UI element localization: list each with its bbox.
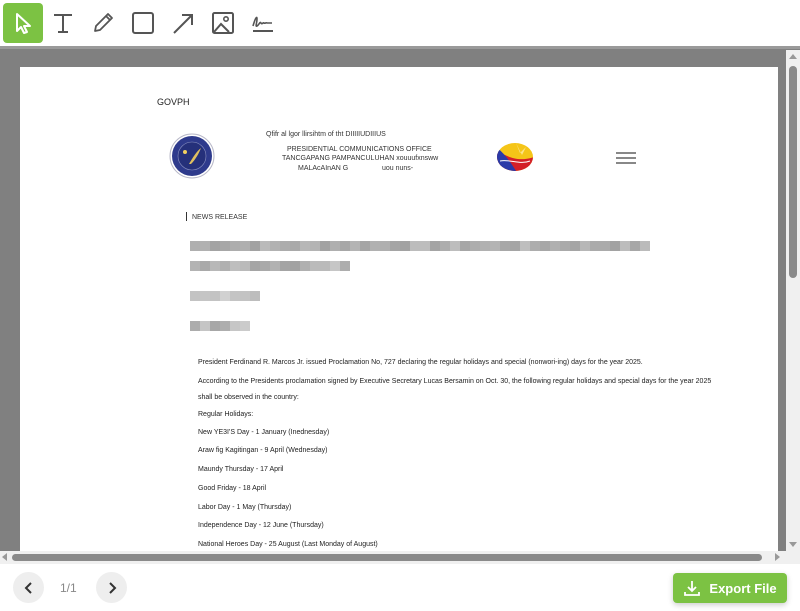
holiday-item: Labor Day - 1 May (Thursday): [198, 504, 291, 511]
redacted-line: [190, 321, 250, 331]
export-file-label: Export File: [709, 581, 776, 596]
horizontal-scroll-thumb[interactable]: [12, 554, 762, 561]
scroll-up-icon[interactable]: [789, 54, 797, 59]
section-marker: [186, 212, 187, 221]
vertical-scroll-thumb[interactable]: [789, 66, 797, 278]
text-icon: [49, 9, 77, 37]
cursor-arrow-icon: [9, 9, 37, 37]
select-tool-button[interactable]: [3, 3, 43, 43]
paragraph: According to the Presidents proclamation…: [198, 378, 711, 385]
holiday-item: Maundy Thursday - 17 April: [198, 466, 283, 473]
rectangle-tool-button[interactable]: [123, 3, 163, 43]
export-file-button[interactable]: Export File: [673, 573, 787, 603]
chevron-right-icon: [106, 582, 118, 594]
signature-icon: [249, 9, 277, 37]
holiday-item: Good Friday - 18 April: [198, 485, 266, 492]
section-label: NEWS RELEASE: [192, 214, 247, 221]
site-label: GOVPH: [157, 97, 190, 107]
image-tool-button[interactable]: [203, 3, 243, 43]
header-line: uou nuns-: [382, 165, 413, 172]
signature-tool-button[interactable]: [243, 3, 283, 43]
header-line: TANCGAPANG PAMPANCULUHAN xouuufxnsww: [282, 155, 438, 162]
menu-icon[interactable]: [616, 152, 636, 164]
arrow-tool-button[interactable]: [163, 3, 203, 43]
holiday-item: National Heroes Day - 25 August (Last Mo…: [198, 541, 378, 548]
header-line: Qfifr al lgor llirsihtm of tht DIIIIIUDI…: [266, 131, 386, 138]
paragraph: shall be observed in the country:: [198, 394, 299, 401]
pencil-icon: [89, 9, 117, 37]
scroll-down-icon[interactable]: [789, 542, 797, 547]
draw-tool-button[interactable]: [83, 3, 123, 43]
scroll-right-icon[interactable]: [775, 553, 780, 561]
header-line: MALAcAInAN G: [298, 165, 348, 172]
page-indicator: 1/1: [60, 581, 77, 595]
redacted-line: [190, 241, 650, 251]
holiday-item: New YE3I'S Day - 1 January (Inednesday): [198, 429, 329, 436]
arrow-icon: [169, 9, 197, 37]
download-icon: [683, 579, 701, 597]
header-line: PRESIDENTIAL COMMUNICATIONS OFFICE: [287, 146, 432, 153]
next-page-button[interactable]: [96, 572, 127, 603]
scrollbar-corner: [786, 551, 800, 564]
scroll-left-icon[interactable]: [2, 553, 7, 561]
viewer-divider: [0, 46, 800, 49]
pco-seal-logo: [169, 133, 215, 179]
chevron-left-icon: [23, 582, 35, 594]
prev-page-button[interactable]: [13, 572, 44, 603]
image-icon: [209, 9, 237, 37]
holiday-item: Araw fig Kagitingan - 9 April (Wednesday…: [198, 447, 327, 454]
text-tool-button[interactable]: [43, 3, 83, 43]
document-page[interactable]: GOVPH Qfifr al lgor llirsihtm of tht DII…: [20, 67, 778, 552]
redacted-line: [190, 261, 350, 271]
list-heading: Regular Holidays:: [198, 411, 253, 418]
holiday-item: Independence Day - 12 June (Thursday): [198, 522, 324, 529]
flag-sun-logo: [496, 141, 534, 171]
horizontal-scrollbar[interactable]: [0, 551, 786, 564]
paragraph: President Ferdinand R. Marcos Jr. issued…: [198, 359, 643, 366]
vertical-scrollbar[interactable]: [786, 50, 800, 551]
redacted-line: [190, 291, 260, 301]
toolbar: [0, 0, 800, 46]
rectangle-icon: [129, 9, 157, 37]
